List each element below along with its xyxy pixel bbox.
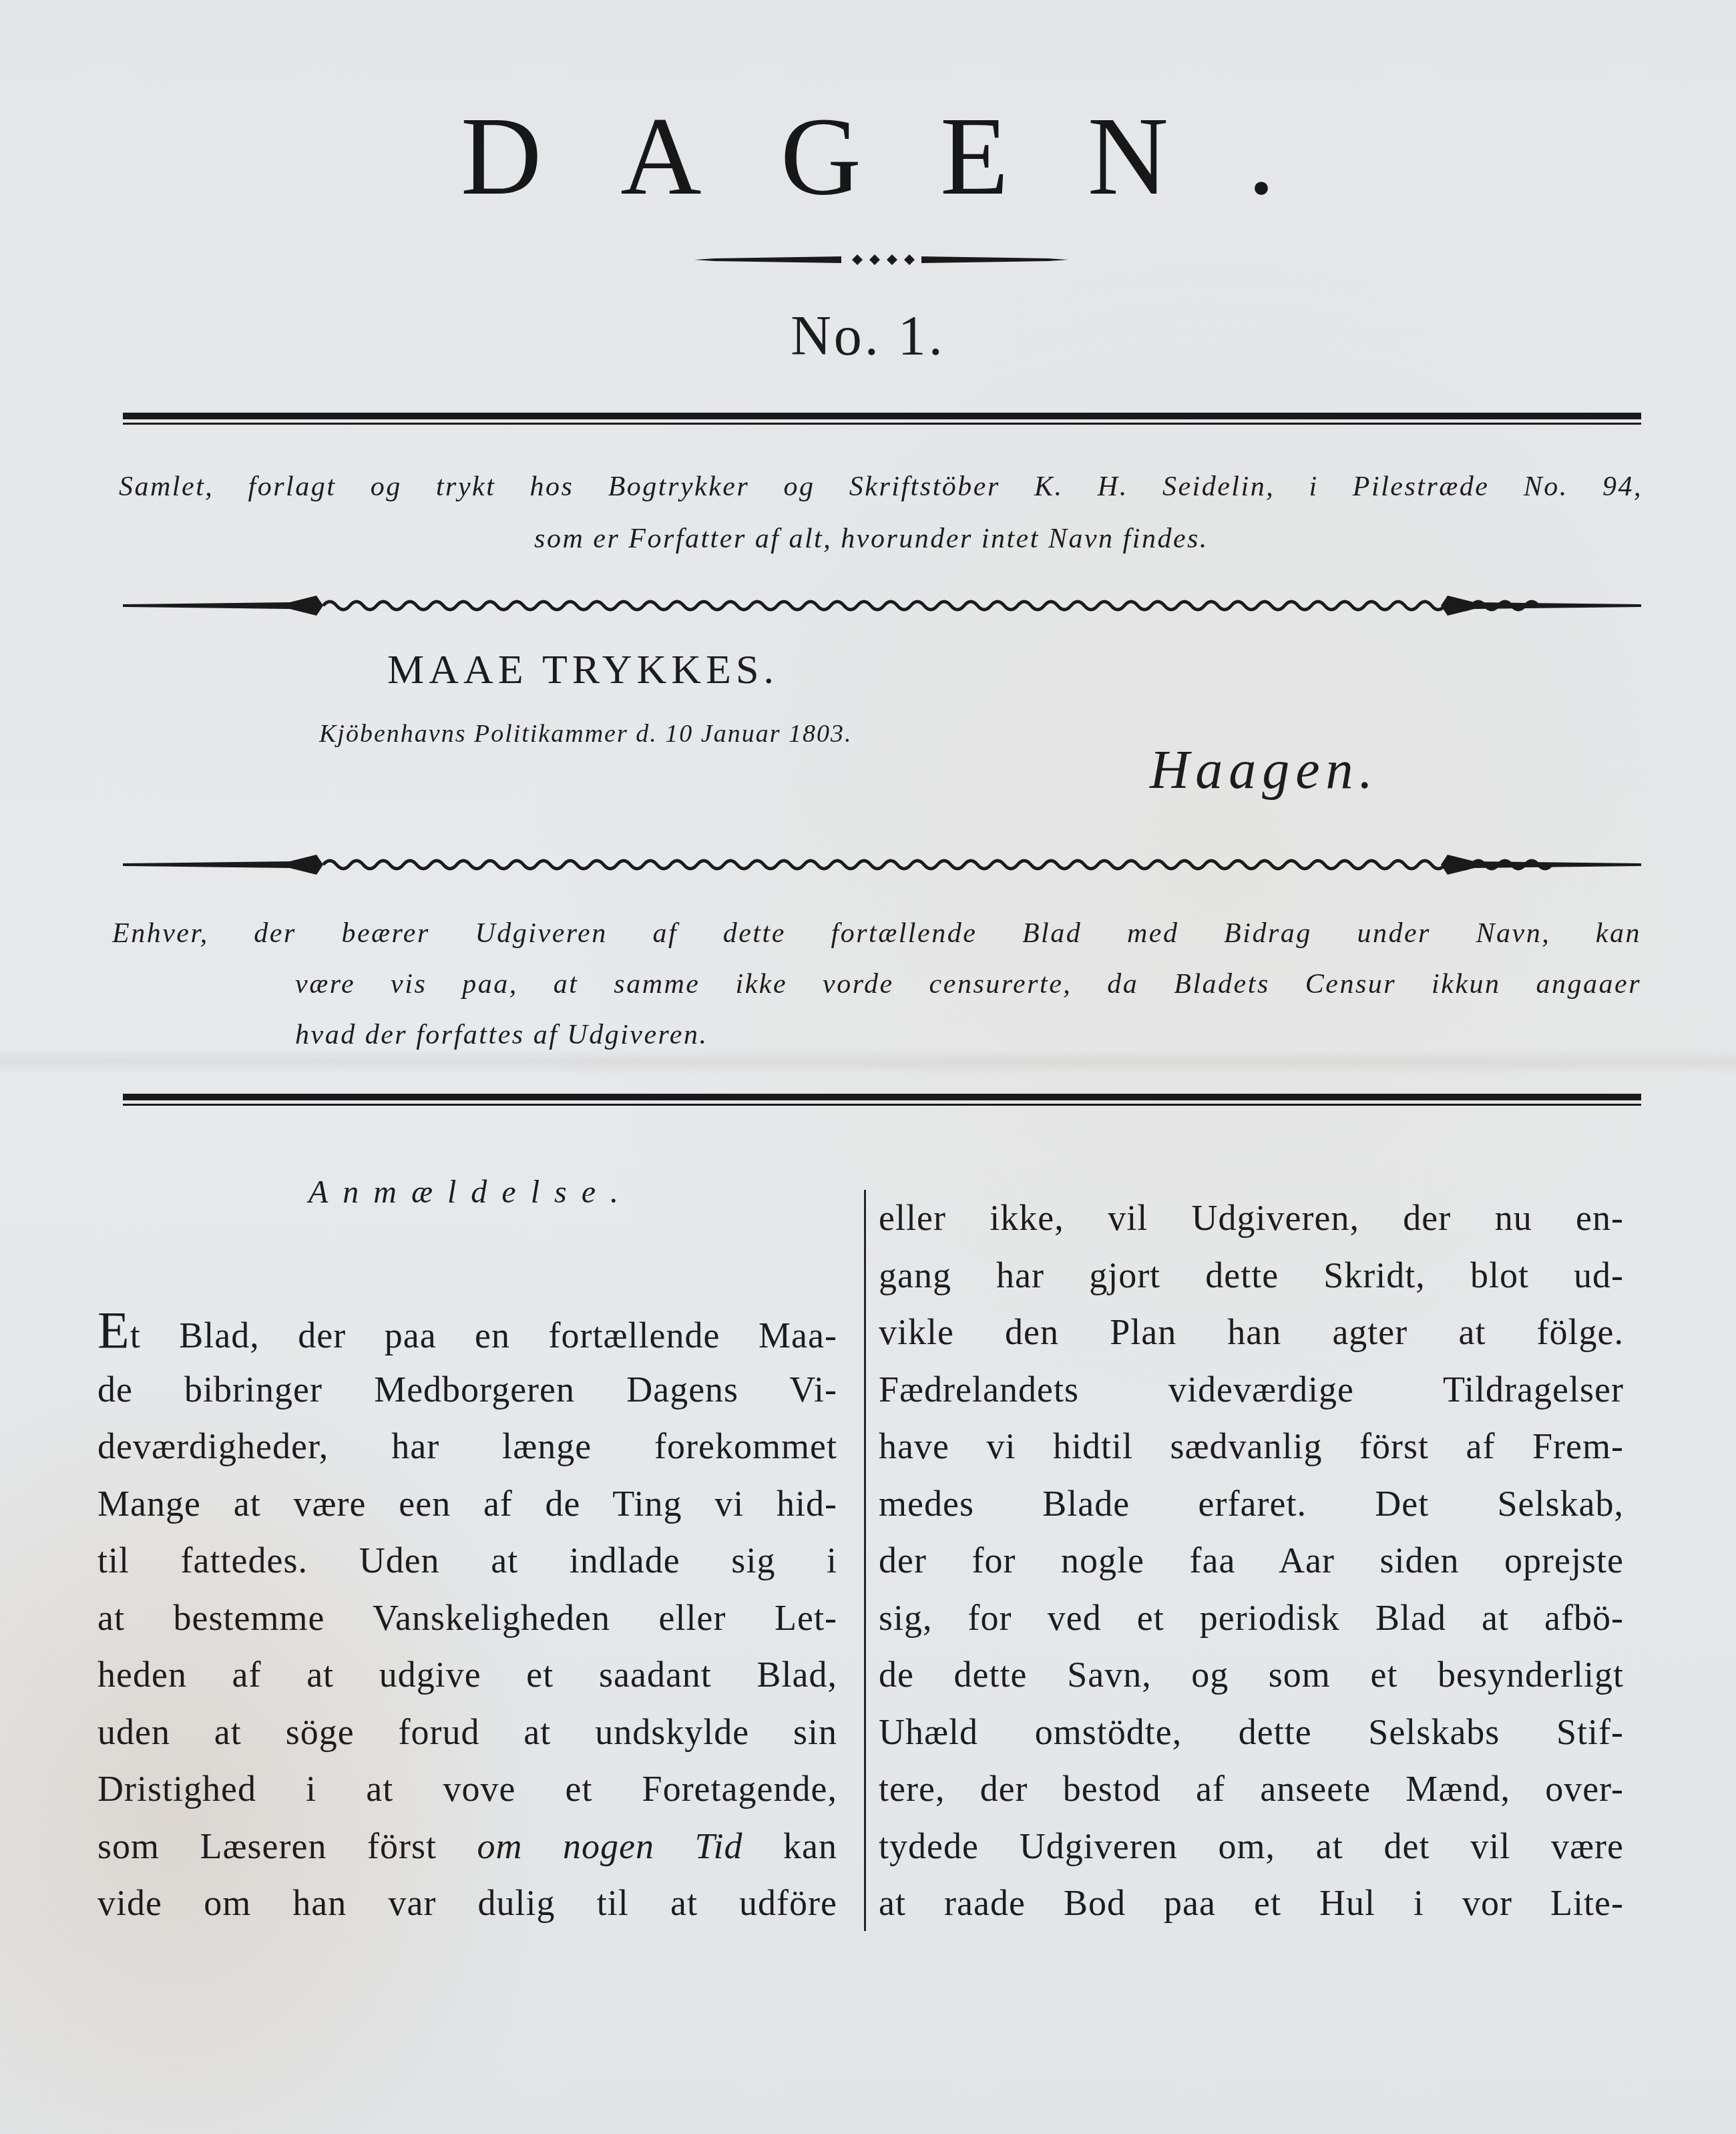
- permit-subtitle: Kjöbenhavns Politikammer d. 10 Januar 18…: [319, 721, 852, 746]
- body-line: vide om han var dulig til at udföre: [97, 1875, 837, 1932]
- body-line: at bestemme Vanskeligheden eller Let-: [97, 1590, 837, 1647]
- body-line: Dristighed i at vove et Foretagende,: [97, 1761, 837, 1818]
- body-line: tydede Udgiveren om, at det vil være: [879, 1818, 1624, 1876]
- body-text: kan: [783, 1826, 837, 1866]
- masthead-title: DAGEN.: [0, 100, 1736, 212]
- double-rule-top: [123, 413, 1641, 427]
- body-line: til fattedes. Uden at indlade sig i: [97, 1532, 837, 1590]
- notice-line-1: Enhver, der beærer Udgiveren af dette fo…: [112, 908, 1641, 959]
- article-right-column: eller ikke, vil Udgiveren, der nu en- ga…: [879, 1190, 1624, 1932]
- column-divider: [864, 1190, 866, 1931]
- body-line: de dette Savn, og som et besynderligt: [879, 1647, 1624, 1704]
- contributor-notice: Enhver, der beærer Udgiveren af dette fo…: [112, 908, 1641, 1060]
- notice-line-2: være vis paa, at samme ikke vorde censur…: [112, 959, 1641, 1010]
- wavy-rule-1: [123, 594, 1641, 617]
- notice-line-3: hvad der forfattes af Udgiveren.: [112, 1010, 1641, 1060]
- imprint: Samlet, forlagt og trykt hos Bogtrykker …: [100, 461, 1643, 565]
- body-line: deværdigheder, har længe forekommet: [97, 1418, 837, 1476]
- body-line: have vi hidtil sædvanlig först af Frem-: [879, 1418, 1624, 1476]
- body-line: heden af at udgive et saadant Blad,: [97, 1647, 837, 1704]
- body-line: medes Blade erfaret. Det Selskab,: [879, 1476, 1624, 1533]
- body-line-mixed: som Læseren först om nogen Tid kan: [97, 1818, 837, 1876]
- body-line: tere, der bestod af anseete Mænd, over-: [879, 1761, 1624, 1818]
- body-line: de bibringer Medborgeren Dagens Vi-: [97, 1361, 837, 1419]
- body-line: Fædrelandets videværdige Tildragelser: [879, 1361, 1624, 1419]
- body-line: uden at söge forud at undskylde sin: [97, 1704, 837, 1761]
- drop-cap: E: [97, 1301, 130, 1359]
- article-title: Anmældelse.: [87, 1177, 855, 1209]
- body-line: gang har gjort dette Skridt, blot ud-: [879, 1247, 1624, 1305]
- body-line: at raade Bod paa et Hul i vor Lite-: [879, 1875, 1624, 1932]
- body-line: sig, for ved et periodisk Blad at afbö-: [879, 1590, 1624, 1647]
- body-line: Mange at være een af de Ting vi hid-: [97, 1476, 837, 1533]
- body-line-text: t Blad, der paa en fortællende Maa-: [130, 1315, 837, 1355]
- wavy-rule-2: [123, 853, 1641, 876]
- issue-number: No. 1.: [0, 308, 1736, 365]
- imprint-line-1: Samlet, forlagt og trykt hos Bogtrykker …: [100, 461, 1643, 513]
- body-text: som Læseren först: [97, 1826, 437, 1866]
- censor-signature: Haagen.: [1150, 742, 1379, 797]
- article-left-column: Et Blad, der paa en fortællende Maa- de …: [97, 1304, 837, 1932]
- permit-title: MAAE TRYKKES.: [387, 649, 779, 690]
- ornament-divider-icon: [694, 252, 1068, 267]
- body-line: Et Blad, der paa en fortællende Maa-: [97, 1304, 837, 1361]
- imprint-line-2: som er Forfatter af alt, hvorunder intet…: [534, 523, 1209, 554]
- emphasis-text: om nogen Tid: [477, 1826, 742, 1866]
- body-line: Uhæld omstödte, dette Selskabs Stif-: [879, 1704, 1624, 1761]
- body-line: vikle den Plan han agter at fölge.: [879, 1304, 1624, 1361]
- newspaper-page: DAGEN. No. 1. Samlet, forlagt og trykt h…: [0, 0, 1736, 2134]
- body-line: der for nogle faa Aar siden oprejste: [879, 1532, 1624, 1590]
- body-line: eller ikke, vil Udgiveren, der nu en-: [879, 1190, 1624, 1247]
- double-rule-bottom: [123, 1094, 1641, 1108]
